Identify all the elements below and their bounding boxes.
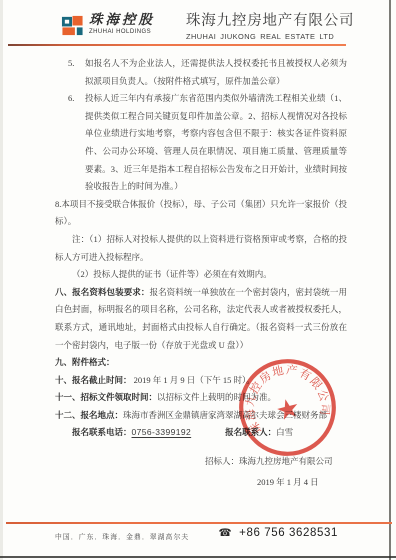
- footer-phone-number: +86 756 3628531: [239, 527, 338, 539]
- paragraph-lead: 十、报名截止时间：: [55, 375, 132, 385]
- seal-star-icon: ★: [273, 392, 304, 427]
- logo-brand-cn: 珠海控股: [89, 12, 155, 28]
- zhuhai-holdings-logo-icon: [61, 14, 84, 37]
- logo-brand-en: ZHUHAI HOLDINGS: [89, 28, 155, 36]
- company-name-cn: 珠海九控房地产有限公司: [186, 13, 354, 30]
- paragraph-lead: 八、报名资料包装要求：: [55, 287, 150, 297]
- signature-block: 招标人：珠海九控房地产有限公司 2019 年 1 月 4 日: [55, 453, 347, 491]
- footer-divider-rule: [6, 522, 392, 524]
- scan-edge-left: [0, 0, 3, 560]
- footer-phone-block: ☎ +86 756 3628531: [218, 527, 338, 539]
- paragraph-lead: 九、附件格式：: [55, 357, 115, 367]
- company-name-en: ZHUHAI JIUKONG REAL ESTATE LTD: [186, 32, 354, 41]
- paragraph: 八、报名资料包装要求：报名资料统一单独放在一个密封袋内，密封袋统一用白色封面，标…: [55, 284, 347, 354]
- zhuhai-holdings-logo: 珠海控股 ZHUHAI HOLDINGS: [61, 12, 155, 37]
- logo-text-block: 珠海控股 ZHUHAI HOLDINGS: [89, 12, 155, 36]
- paragraph: 8.本项目不接受联合体报价（投标），母、子公司（集团）只允许一家报价（投标）。: [55, 196, 347, 231]
- scanned-document-page: { "page": { "accent_orange": "#e8724a", …: [0, 0, 396, 560]
- footer-address: 中国．广东．珠海．金鼎．翠湖高尔夫: [55, 531, 189, 541]
- paragraph: （2）投标人提供的证书（证件等）必须在有效期内。: [55, 266, 347, 284]
- scan-edge-bottom: [0, 556, 396, 558]
- paragraph-number: 5.: [68, 55, 74, 73]
- phone-label: 报名联系电话：: [72, 427, 132, 437]
- paragraph-lead: 十一、招标文件领取时间：: [55, 392, 157, 402]
- paragraph-number: 6.: [68, 90, 74, 108]
- paragraph-lead: 十二、报名地点：: [55, 410, 123, 420]
- phone-icon: ☎: [218, 527, 232, 539]
- paragraph: 6.投标人近三年内有承接广东省范围内类似外墙清洗工程相关业绩（1、提供类似工程合…: [55, 90, 347, 196]
- paragraph: 5.如报名人不为企业法人，还需提供法人授权委托书且被授权人必须为拟派项目负责人。…: [55, 55, 347, 90]
- date-line: 2019 年 1 月 4 日: [257, 474, 347, 492]
- header-divider-rule: [8, 44, 346, 46]
- paragraph: 注：（1）招标人对投标人提供的以上资料进行资格预审或考察，合格的投标人方可进入投…: [55, 231, 347, 266]
- phone-number: 0756-3399192: [132, 427, 192, 437]
- scan-edge-right: [389, 0, 391, 560]
- company-title-block: 珠海九控房地产有限公司 ZHUHAI JIUKONG REAL ESTATE L…: [186, 13, 354, 41]
